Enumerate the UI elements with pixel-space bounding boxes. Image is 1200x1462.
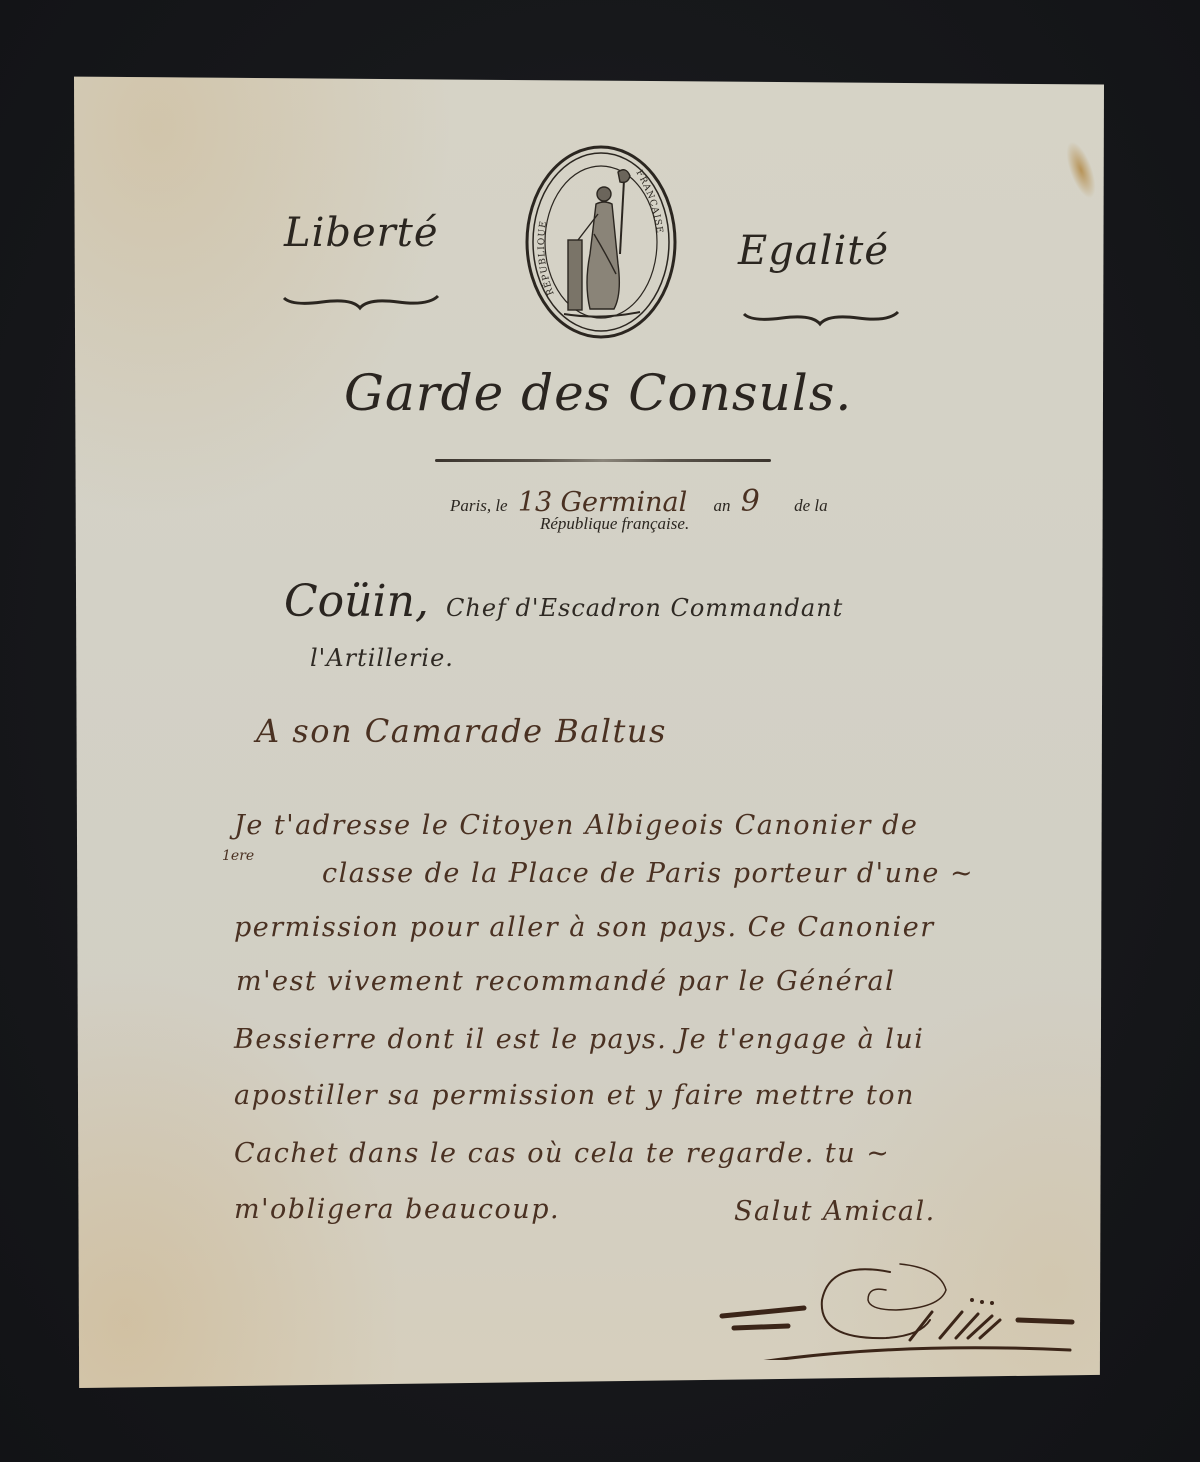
date-an-label: an bbox=[714, 496, 731, 515]
salutation: A son Camarade Baltus bbox=[256, 712, 667, 750]
body-line-8: m'obligera beaucoup. bbox=[234, 1194, 560, 1225]
title-divider-rule bbox=[435, 459, 771, 462]
flourish-left bbox=[280, 236, 320, 256]
sender-rank-line2: l'Artillerie. bbox=[310, 644, 454, 672]
date-suffix: de la bbox=[794, 496, 828, 515]
svg-text:RÉPUBLIQUE: RÉPUBLIQUE bbox=[537, 220, 557, 297]
body-line-7: Cachet dans le cas où cela te regarde. t… bbox=[234, 1138, 890, 1169]
liberty-figure-icon bbox=[564, 170, 640, 317]
body-line-3: permission pour aller à son pays. Ce Can… bbox=[234, 912, 935, 943]
date-line-republique: République française. bbox=[540, 514, 689, 534]
sender-block: Coüin, Chef d'Escadron Commandant bbox=[284, 576, 843, 627]
signature-flourish: Coüin bbox=[700, 1250, 1080, 1360]
brace-ornament-left bbox=[282, 290, 442, 314]
republique-francaise-seal: RÉPUBLIQUE FRANÇAISE bbox=[524, 144, 678, 340]
letterhead-title: Garde des Consuls. bbox=[344, 364, 852, 422]
date-line: Paris, le 13 Germinal an 9 de la bbox=[450, 484, 930, 519]
seal-text-republique: RÉPUBLIQUE bbox=[537, 220, 557, 297]
sender-rank-line1: Chef d'Escadron Commandant bbox=[446, 594, 843, 622]
body-line-1: Je t'adresse le Citoyen Albigeois Canoni… bbox=[234, 810, 918, 841]
margin-note-1ere: 1ere bbox=[222, 848, 254, 864]
brace-ornament-right bbox=[742, 306, 902, 330]
sender-name: Coüin bbox=[284, 576, 415, 627]
body-line-6: apostiller sa permission et y faire mett… bbox=[234, 1080, 915, 1111]
date-prefix: Paris, le bbox=[450, 496, 508, 515]
body-line-4: m'est vivement recommandé par le Général bbox=[236, 966, 895, 997]
body-line-2: classe de la Place de Paris porteur d'un… bbox=[322, 858, 974, 889]
closing: Salut Amical. bbox=[734, 1196, 936, 1227]
date-year: 9 bbox=[741, 484, 760, 519]
sender-comma: , bbox=[415, 576, 429, 627]
motto-egalite: Egalité bbox=[738, 228, 889, 274]
body-line-5: Bessierre dont il est le pays. Je t'enga… bbox=[234, 1024, 924, 1055]
